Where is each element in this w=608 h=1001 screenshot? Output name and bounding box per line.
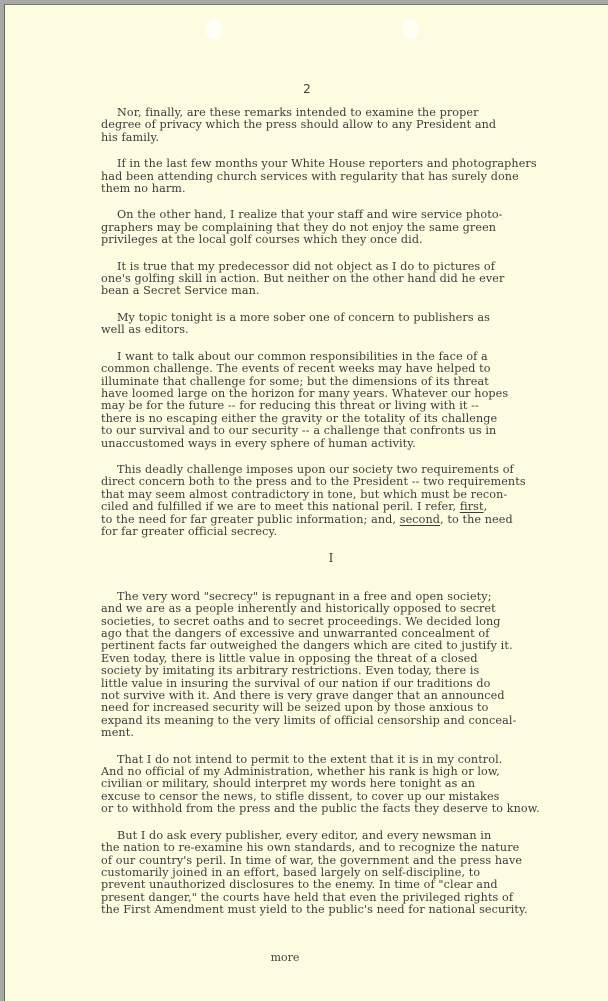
text-line: the First Amendment must yield to the pu… (101, 904, 561, 916)
text-line: civilian or military, should interpret m… (101, 778, 561, 790)
paragraph: This deadly challenge imposes upon our s… (101, 464, 561, 538)
punch-hole (206, 19, 222, 39)
text-line: the nation to re-examine his own standar… (101, 842, 561, 854)
paragraph: Nor, finally, are these remarks intended… (101, 107, 561, 144)
text-line: may be for the future -- for reducing th… (101, 400, 561, 412)
intro-section: Nor, finally, are these remarks intended… (101, 107, 561, 538)
text-line: society by imitating its arbitrary restr… (101, 665, 561, 677)
text-line: common challenge. The events of recent w… (101, 363, 561, 375)
text-line: and we are as a people inherently and hi… (101, 603, 561, 615)
text-line: unaccustomed ways in every sphere of hum… (101, 438, 561, 450)
punch-hole (403, 19, 419, 39)
text-line: to our survival and to our security -- a… (101, 425, 561, 437)
emphasis-first: first (460, 500, 484, 513)
page-number: 2 (5, 82, 608, 96)
text-line: ment. (101, 727, 561, 739)
paragraph: I want to talk about our common responsi… (101, 351, 561, 450)
paragraph: On the other hand, I realize that your s… (101, 209, 561, 246)
text-line: bean a Secret Service man. (101, 285, 561, 297)
document-body: Nor, finally, are these remarks intended… (101, 107, 561, 931)
text-line: well as editors. (101, 324, 561, 336)
emphasis-second: second (400, 513, 440, 526)
paragraph: But I do ask every publisher, every edit… (101, 830, 561, 917)
text-line: privileges at the local golf courses whi… (101, 234, 561, 246)
text-line: for far greater official secrecy. (101, 526, 561, 538)
text-line: If in the last few months your White Hou… (101, 158, 561, 170)
text-line: On the other hand, I realize that your s… (101, 209, 561, 221)
text-line: prevent unauthorized disclosures to the … (101, 879, 561, 891)
paragraph: The very word "secrecy" is repugnant in … (101, 591, 561, 740)
text-line: expand its meaning to the very limits of… (101, 715, 561, 727)
paragraph: If in the last few months your White Hou… (101, 158, 561, 195)
paragraph: That I do not intend to permit to the ex… (101, 754, 561, 816)
text-line: ciled and fulfilled if we are to meet th… (101, 501, 561, 513)
continuation-marker: more (5, 951, 565, 964)
section-heading: I (101, 552, 561, 564)
text-line: need for increased security will be seiz… (101, 702, 561, 714)
paragraph: My topic tonight is a more sober one of … (101, 312, 561, 337)
text-line: pertinent facts far outweighed the dange… (101, 640, 561, 652)
paragraph: It is true that my predecessor did not o… (101, 261, 561, 298)
text-line: or to withhold from the press and the pu… (101, 803, 561, 815)
document-page: 2 Nor, finally, are these remarks intend… (4, 4, 608, 1000)
text-line: them no harm. (101, 183, 561, 195)
section-one: The very word "secrecy" is repugnant in … (101, 591, 561, 917)
text-line: direct concern both to the press and to … (101, 476, 561, 488)
text-line: his family. (101, 132, 561, 144)
text-line: degree of privacy which the press should… (101, 119, 561, 131)
